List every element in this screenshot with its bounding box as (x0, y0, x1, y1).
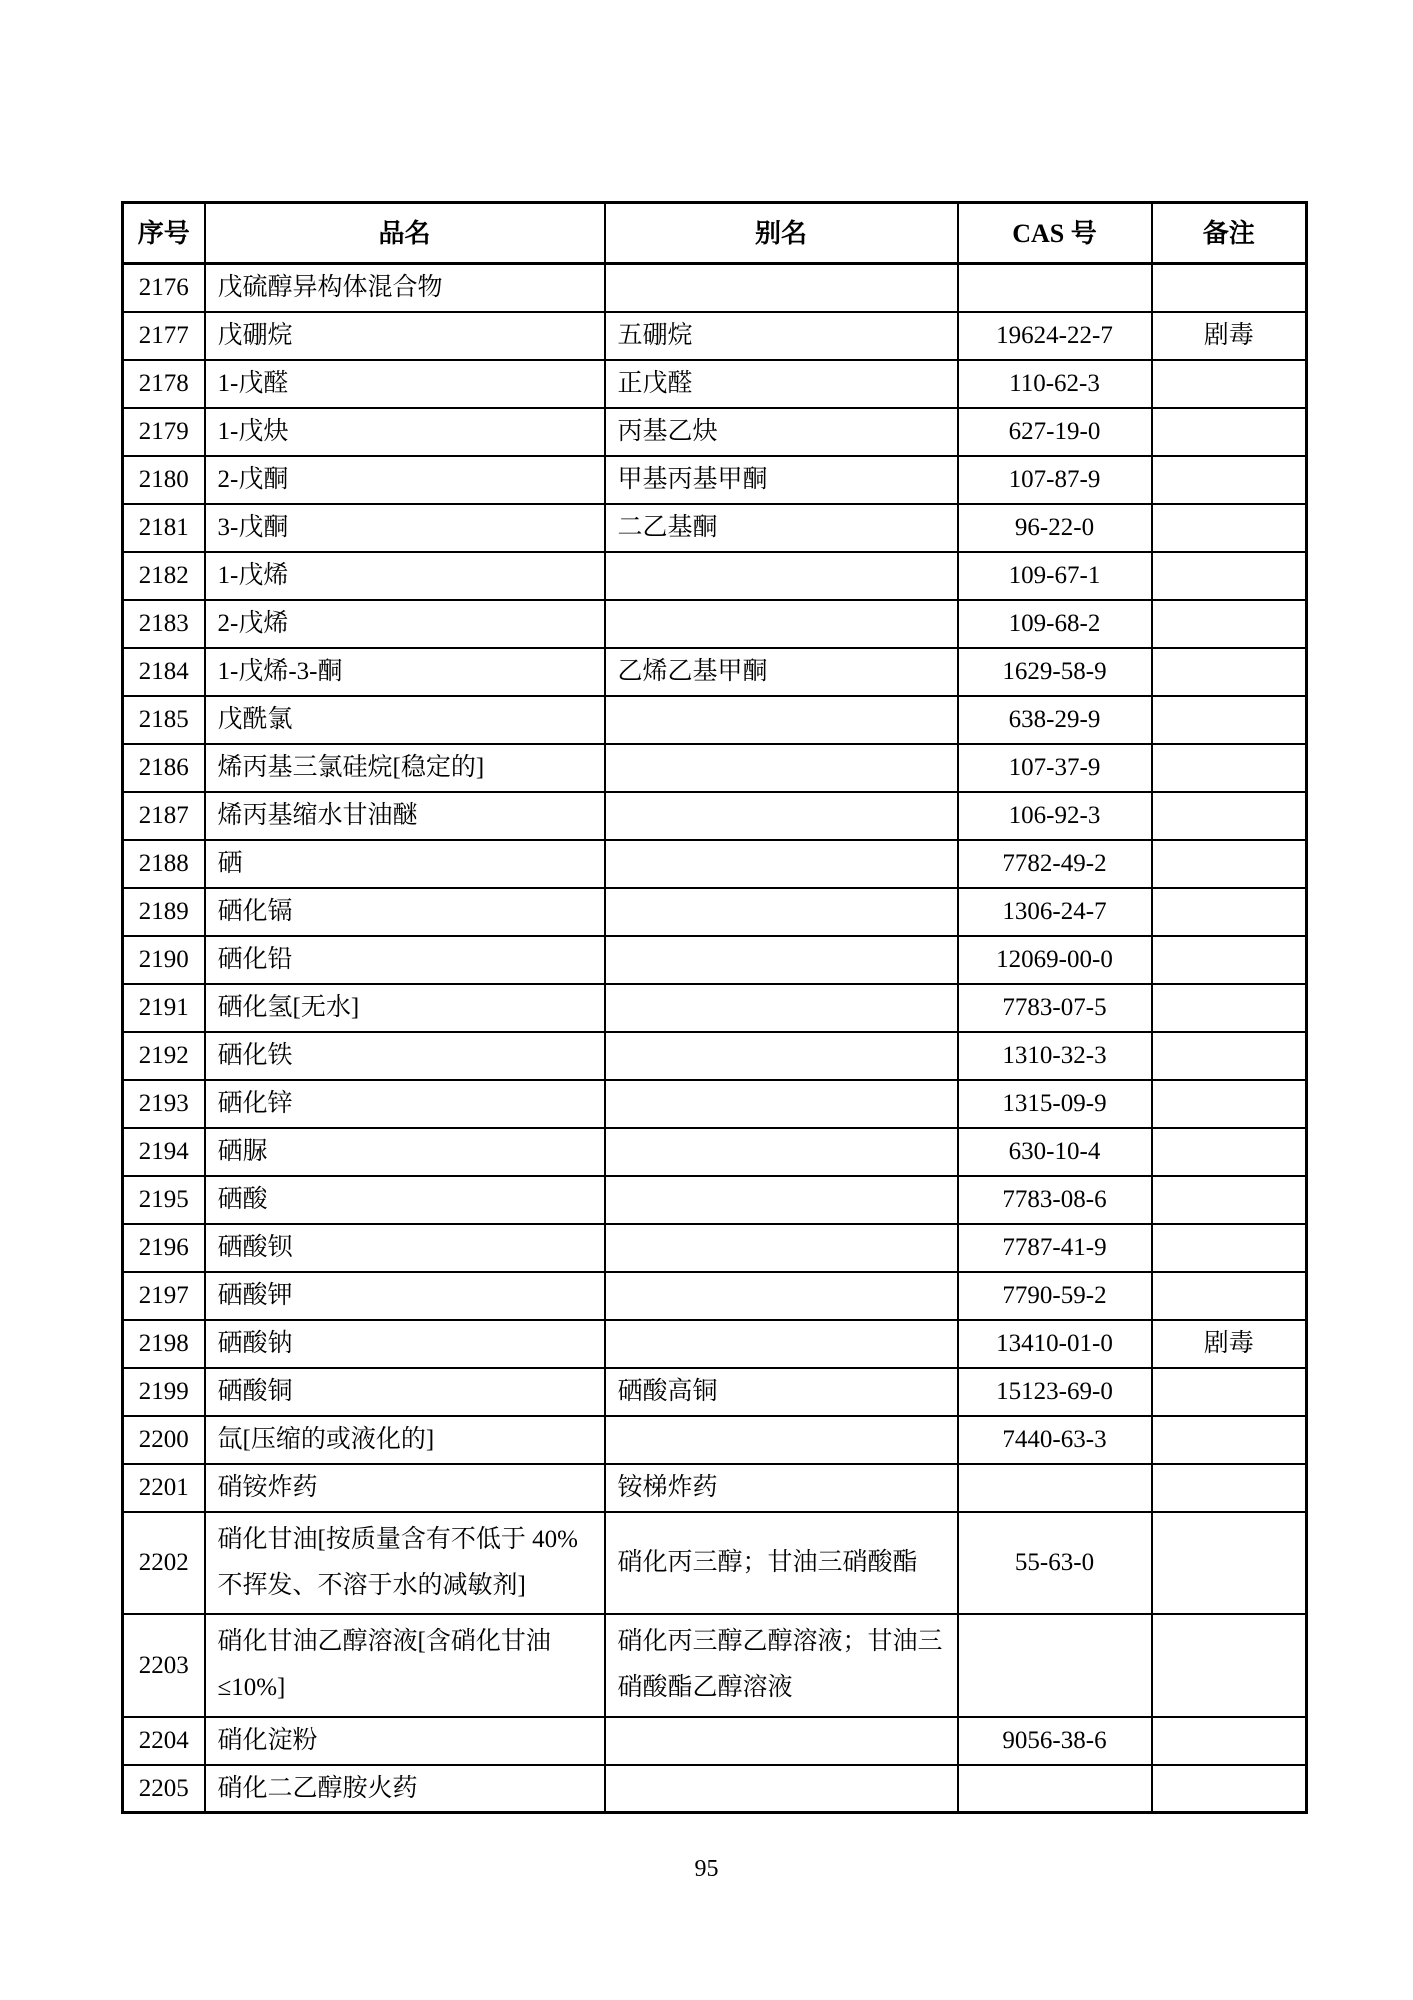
table-row: 2203 硝化甘油乙醇溶液[含硝化甘油≤10%] 硝化丙三醇乙醇溶液；甘油三硝酸… (123, 1614, 1307, 1717)
header-row: 序号 品名 别名 CAS 号 备注 (123, 203, 1307, 264)
cell-product-name: 3-戊酮 (205, 504, 605, 552)
cell-alias (605, 1717, 958, 1765)
cell-remark (1152, 888, 1307, 936)
table-body: 2176 戊硫醇异构体混合物 2177 戊硼烷 五硼烷 19624-22-7 剧… (123, 264, 1307, 1813)
cell-serial-number: 2190 (123, 936, 205, 984)
table-row: 2176 戊硫醇异构体混合物 (123, 264, 1307, 312)
cell-remark (1152, 792, 1307, 840)
cell-alias (605, 744, 958, 792)
cell-product-name: 氙[压缩的或液化的] (205, 1416, 605, 1464)
cell-cas-number: 109-67-1 (958, 552, 1152, 600)
header-name: 品名 (205, 203, 605, 264)
cell-cas-number: 7440-63-3 (958, 1416, 1152, 1464)
cell-product-name: 硒化铅 (205, 936, 605, 984)
cell-product-name: 2-戊酮 (205, 456, 605, 504)
cell-alias (605, 1272, 958, 1320)
table-row: 2197 硒酸钾 7790-59-2 (123, 1272, 1307, 1320)
cell-product-name: 1-戊炔 (205, 408, 605, 456)
cell-alias (605, 936, 958, 984)
table-row: 2198 硒酸钠 13410-01-0 剧毒 (123, 1320, 1307, 1368)
cell-alias: 硒酸高铜 (605, 1368, 958, 1416)
cell-alias (605, 1416, 958, 1464)
cell-cas-number: 1310-32-3 (958, 1032, 1152, 1080)
header-remark: 备注 (1152, 203, 1307, 264)
cell-alias (605, 1224, 958, 1272)
cell-serial-number: 2201 (123, 1464, 205, 1512)
cell-product-name: 烯丙基缩水甘油醚 (205, 792, 605, 840)
cell-serial-number: 2198 (123, 1320, 205, 1368)
cell-remark (1152, 1224, 1307, 1272)
cell-product-name: 硝化二乙醇胺火药 (205, 1765, 605, 1813)
header-cas: CAS 号 (958, 203, 1152, 264)
cell-remark (1152, 1717, 1307, 1765)
cell-remark (1152, 360, 1307, 408)
cell-product-name: 硝化甘油[按质量含有不低于 40%不挥发、不溶于水的减敏剂] (205, 1512, 605, 1615)
cell-product-name: 1-戊烯 (205, 552, 605, 600)
cell-cas-number: 7782-49-2 (958, 840, 1152, 888)
cell-remark (1152, 1032, 1307, 1080)
cell-alias: 二乙基酮 (605, 504, 958, 552)
cell-serial-number: 2193 (123, 1080, 205, 1128)
cell-product-name: 戊硼烷 (205, 312, 605, 360)
cell-product-name: 硝铵炸药 (205, 1464, 605, 1512)
cell-alias (605, 1176, 958, 1224)
cell-cas-number: 630-10-4 (958, 1128, 1152, 1176)
cell-cas-number: 1315-09-9 (958, 1080, 1152, 1128)
cell-product-name: 硒酸钾 (205, 1272, 605, 1320)
cell-remark (1152, 1614, 1307, 1717)
cell-product-name: 1-戊醛 (205, 360, 605, 408)
cell-cas-number: 109-68-2 (958, 600, 1152, 648)
cell-serial-number: 2199 (123, 1368, 205, 1416)
cell-alias: 丙基乙炔 (605, 408, 958, 456)
cell-remark (1152, 552, 1307, 600)
table-row: 2192 硒化铁 1310-32-3 (123, 1032, 1307, 1080)
cell-serial-number: 2200 (123, 1416, 205, 1464)
cell-serial-number: 2176 (123, 264, 205, 312)
cell-alias (605, 840, 958, 888)
table-row: 2190 硒化铅 12069-00-0 (123, 936, 1307, 984)
cell-alias (605, 792, 958, 840)
cell-cas-number: 55-63-0 (958, 1512, 1152, 1615)
cell-remark (1152, 504, 1307, 552)
cell-cas-number (958, 264, 1152, 312)
cell-remark (1152, 1765, 1307, 1813)
cell-alias (605, 1128, 958, 1176)
cell-cas-number: 106-92-3 (958, 792, 1152, 840)
cell-product-name: 硒化镉 (205, 888, 605, 936)
table-row: 2191 硒化氢[无水] 7783-07-5 (123, 984, 1307, 1032)
cell-alias (605, 1765, 958, 1813)
table-row: 2200 氙[压缩的或液化的] 7440-63-3 (123, 1416, 1307, 1464)
cell-product-name: 硒酸铜 (205, 1368, 605, 1416)
cell-alias (605, 552, 958, 600)
table-header: 序号 品名 别名 CAS 号 备注 (123, 203, 1307, 264)
cell-serial-number: 2189 (123, 888, 205, 936)
table-row: 2183 2-戊烯 109-68-2 (123, 600, 1307, 648)
table-row: 2188 硒 7782-49-2 (123, 840, 1307, 888)
cell-serial-number: 2178 (123, 360, 205, 408)
table-row: 2196 硒酸钡 7787-41-9 (123, 1224, 1307, 1272)
cell-product-name: 硒酸钡 (205, 1224, 605, 1272)
cell-cas-number: 15123-69-0 (958, 1368, 1152, 1416)
cell-remark (1152, 1128, 1307, 1176)
cell-product-name: 戊硫醇异构体混合物 (205, 264, 605, 312)
cell-remark (1152, 648, 1307, 696)
cell-remark (1152, 696, 1307, 744)
cell-remark (1152, 1512, 1307, 1615)
header-no: 序号 (123, 203, 205, 264)
cell-product-name: 戊酰氯 (205, 696, 605, 744)
cell-remark (1152, 1272, 1307, 1320)
cell-cas-number: 7783-07-5 (958, 984, 1152, 1032)
table-row: 2202 硝化甘油[按质量含有不低于 40%不挥发、不溶于水的减敏剂] 硝化丙三… (123, 1512, 1307, 1615)
cell-alias: 硝化丙三醇乙醇溶液；甘油三硝酸酯乙醇溶液 (605, 1614, 958, 1717)
cell-serial-number: 2196 (123, 1224, 205, 1272)
cell-remark: 剧毒 (1152, 1320, 1307, 1368)
table-row: 2180 2-戊酮 甲基丙基甲酮 107-87-9 (123, 456, 1307, 504)
cell-product-name: 2-戊烯 (205, 600, 605, 648)
table-row: 2201 硝铵炸药 铵梯炸药 (123, 1464, 1307, 1512)
cell-product-name: 硒化铁 (205, 1032, 605, 1080)
cell-serial-number: 2205 (123, 1765, 205, 1813)
cell-cas-number: 13410-01-0 (958, 1320, 1152, 1368)
cell-serial-number: 2177 (123, 312, 205, 360)
table-row: 2185 戊酰氯 638-29-9 (123, 696, 1307, 744)
table-row: 2187 烯丙基缩水甘油醚 106-92-3 (123, 792, 1307, 840)
cell-serial-number: 2203 (123, 1614, 205, 1717)
cell-alias (605, 888, 958, 936)
cell-remark (1152, 1416, 1307, 1464)
cell-alias (605, 264, 958, 312)
cell-alias (605, 600, 958, 648)
cell-cas-number: 7790-59-2 (958, 1272, 1152, 1320)
cell-alias: 甲基丙基甲酮 (605, 456, 958, 504)
cell-serial-number: 2204 (123, 1717, 205, 1765)
table-row: 2193 硒化锌 1315-09-9 (123, 1080, 1307, 1128)
cell-alias (605, 1320, 958, 1368)
table-row: 2181 3-戊酮 二乙基酮 96-22-0 (123, 504, 1307, 552)
cell-product-name: 硒酸钠 (205, 1320, 605, 1368)
table-row: 2199 硒酸铜 硒酸高铜 15123-69-0 (123, 1368, 1307, 1416)
cell-cas-number (958, 1464, 1152, 1512)
cell-remark (1152, 1368, 1307, 1416)
table-row: 2194 硒脲 630-10-4 (123, 1128, 1307, 1176)
cell-serial-number: 2185 (123, 696, 205, 744)
cell-remark (1152, 744, 1307, 792)
table-row: 2182 1-戊烯 109-67-1 (123, 552, 1307, 600)
cell-cas-number: 638-29-9 (958, 696, 1152, 744)
cell-remark (1152, 600, 1307, 648)
cell-alias (605, 1080, 958, 1128)
cell-cas-number (958, 1765, 1152, 1813)
cell-alias: 铵梯炸药 (605, 1464, 958, 1512)
table-row: 2205 硝化二乙醇胺火药 (123, 1765, 1307, 1813)
cell-product-name: 硒酸 (205, 1176, 605, 1224)
cell-product-name: 1-戊烯-3-酮 (205, 648, 605, 696)
cell-serial-number: 2195 (123, 1176, 205, 1224)
cell-remark (1152, 264, 1307, 312)
cell-cas-number: 107-37-9 (958, 744, 1152, 792)
cell-serial-number: 2179 (123, 408, 205, 456)
table-row: 2186 烯丙基三氯硅烷[稳定的] 107-37-9 (123, 744, 1307, 792)
table-row: 2177 戊硼烷 五硼烷 19624-22-7 剧毒 (123, 312, 1307, 360)
cell-serial-number: 2180 (123, 456, 205, 504)
cell-remark: 剧毒 (1152, 312, 1307, 360)
table-row: 2195 硒酸 7783-08-6 (123, 1176, 1307, 1224)
cell-serial-number: 2186 (123, 744, 205, 792)
cell-serial-number: 2197 (123, 1272, 205, 1320)
cell-cas-number: 1306-24-7 (958, 888, 1152, 936)
cell-remark (1152, 984, 1307, 1032)
cell-remark (1152, 408, 1307, 456)
cell-cas-number: 107-87-9 (958, 456, 1152, 504)
table-row: 2184 1-戊烯-3-酮 乙烯乙基甲酮 1629-58-9 (123, 648, 1307, 696)
cell-cas-number: 12069-00-0 (958, 936, 1152, 984)
cell-serial-number: 2188 (123, 840, 205, 888)
table-row: 2179 1-戊炔 丙基乙炔 627-19-0 (123, 408, 1307, 456)
cell-alias: 五硼烷 (605, 312, 958, 360)
cell-serial-number: 2191 (123, 984, 205, 1032)
table-row: 2178 1-戊醛 正戊醛 110-62-3 (123, 360, 1307, 408)
cell-serial-number: 2182 (123, 552, 205, 600)
cell-cas-number: 9056-38-6 (958, 1717, 1152, 1765)
cell-cas-number: 96-22-0 (958, 504, 1152, 552)
cell-product-name: 硒 (205, 840, 605, 888)
chemicals-table: 序号 品名 别名 CAS 号 备注 2176 戊硫醇异构体混合物 2177 戊硼… (121, 201, 1308, 1814)
cell-cas-number: 7787-41-9 (958, 1224, 1152, 1272)
cell-serial-number: 2181 (123, 504, 205, 552)
cell-remark (1152, 1080, 1307, 1128)
cell-product-name: 硝化淀粉 (205, 1717, 605, 1765)
cell-cas-number: 110-62-3 (958, 360, 1152, 408)
cell-remark (1152, 456, 1307, 504)
cell-alias (605, 1032, 958, 1080)
cell-cas-number (958, 1614, 1152, 1717)
cell-serial-number: 2187 (123, 792, 205, 840)
cell-cas-number: 1629-58-9 (958, 648, 1152, 696)
document-page: 序号 品名 别名 CAS 号 备注 2176 戊硫醇异构体混合物 2177 戊硼… (0, 0, 1413, 2000)
cell-alias: 正戊醛 (605, 360, 958, 408)
page-number: 95 (0, 1856, 1413, 1883)
cell-product-name: 烯丙基三氯硅烷[稳定的] (205, 744, 605, 792)
cell-alias: 乙烯乙基甲酮 (605, 648, 958, 696)
cell-remark (1152, 1464, 1307, 1512)
cell-product-name: 硒脲 (205, 1128, 605, 1176)
cell-product-name: 硒化氢[无水] (205, 984, 605, 1032)
cell-alias (605, 984, 958, 1032)
cell-cas-number: 19624-22-7 (958, 312, 1152, 360)
table-row: 2189 硒化镉 1306-24-7 (123, 888, 1307, 936)
cell-serial-number: 2194 (123, 1128, 205, 1176)
cell-product-name: 硒化锌 (205, 1080, 605, 1128)
cell-alias: 硝化丙三醇；甘油三硝酸酯 (605, 1512, 958, 1615)
cell-serial-number: 2183 (123, 600, 205, 648)
cell-remark (1152, 1176, 1307, 1224)
header-alias: 别名 (605, 203, 958, 264)
cell-cas-number: 7783-08-6 (958, 1176, 1152, 1224)
table-row: 2204 硝化淀粉 9056-38-6 (123, 1717, 1307, 1765)
cell-alias (605, 696, 958, 744)
cell-remark (1152, 840, 1307, 888)
cell-serial-number: 2184 (123, 648, 205, 696)
cell-serial-number: 2192 (123, 1032, 205, 1080)
cell-cas-number: 627-19-0 (958, 408, 1152, 456)
cell-remark (1152, 936, 1307, 984)
cell-product-name: 硝化甘油乙醇溶液[含硝化甘油≤10%] (205, 1614, 605, 1717)
cell-serial-number: 2202 (123, 1512, 205, 1615)
